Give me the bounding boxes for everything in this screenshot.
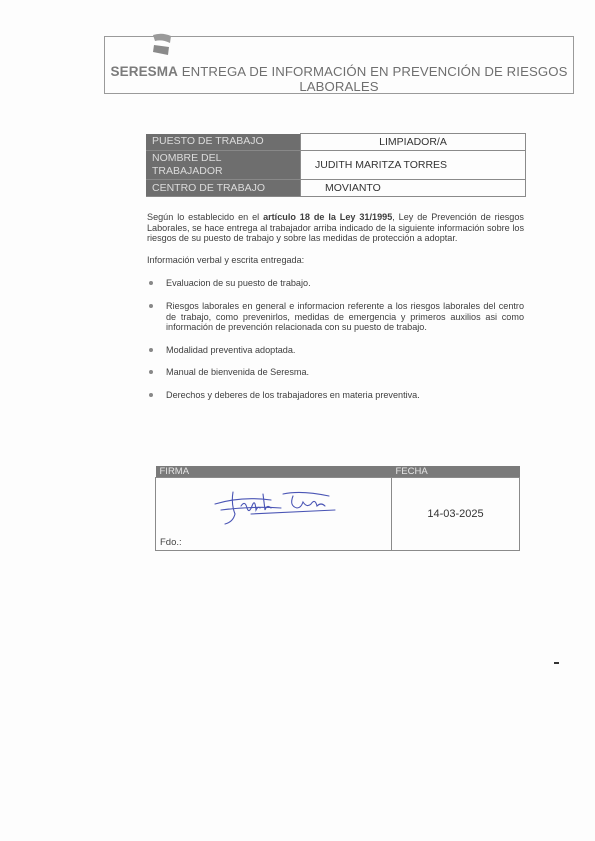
list-item: Riesgos laborales en general e informaci…: [147, 301, 524, 333]
nombre-label: NOMBRE DEL TRABAJADOR: [146, 151, 301, 180]
info-list: Evaluacion de su puesto de trabajo. Ries…: [147, 278, 524, 400]
intro-paragraph: Según lo establecido en el artículo 18 d…: [147, 212, 524, 244]
list-item-text: Riesgos laborales en general e informaci…: [166, 301, 524, 332]
list-item-text: Derechos y deberes de los trabajadores e…: [166, 390, 420, 400]
intro-text: Según lo establecido en el: [147, 212, 263, 222]
nombre-value: JUDITH MARITZA TORRES: [301, 151, 526, 180]
centro-label: CENTRO DE TRABAJO: [146, 180, 301, 197]
puesto-value: LIMPIADOR/A: [301, 134, 526, 151]
table-row: PUESTO DE TRABAJO LIMPIADOR/A: [146, 134, 526, 151]
bullet-icon: [149, 348, 153, 352]
law-reference: artículo 18 de la Ley 31/1995: [263, 212, 392, 222]
table-row: CENTRO DE TRABAJO MOVIANTO: [146, 180, 526, 197]
signature-cell: Fdo.:: [156, 478, 392, 551]
fecha-header: FECHA: [392, 466, 520, 478]
fdo-label: Fdo.:: [160, 537, 182, 548]
list-heading: Información verbal y escrita entregada:: [147, 255, 524, 266]
brand-name: SERESMA: [111, 64, 178, 79]
bullet-icon: [149, 393, 153, 397]
seresma-logo-icon: [149, 33, 175, 57]
worker-info-table: PUESTO DE TRABAJO LIMPIADOR/A NOMBRE DEL…: [146, 133, 526, 197]
list-item-text: Evaluacion de su puesto de trabajo.: [166, 278, 311, 288]
list-item-text: Manual de bienvenida de Seresma.: [166, 367, 309, 377]
list-item: Derechos y deberes de los trabajadores e…: [147, 390, 524, 401]
bullet-icon: [149, 304, 153, 308]
table-row: NOMBRE DEL TRABAJADOR JUDITH MARITZA TOR…: [146, 151, 526, 180]
list-item-text: Modalidad preventiva adoptada.: [166, 345, 295, 355]
puesto-label: PUESTO DE TRABAJO: [146, 134, 301, 151]
scan-mark: [554, 662, 559, 664]
bullet-icon: [149, 281, 153, 285]
bullet-icon: [149, 370, 153, 374]
handwritten-signature: [211, 486, 341, 526]
list-item: Modalidad preventiva adoptada.: [147, 345, 524, 356]
document-header: SERESMA ENTREGA DE INFORMACIÓN EN PREVEN…: [104, 36, 574, 94]
document-title: SERESMA ENTREGA DE INFORMACIÓN EN PREVEN…: [105, 64, 573, 94]
centro-value: MOVIANTO: [301, 180, 526, 197]
firma-header: FIRMA: [156, 466, 392, 478]
document-body: Según lo establecido en el artículo 18 d…: [147, 212, 524, 413]
signature-table: FIRMA FECHA Fdo.: 14-03-2025: [155, 466, 520, 551]
date-value: 14-03-2025: [392, 478, 520, 551]
title-text: ENTREGA DE INFORMACIÓN EN PREVENCIÓN DE …: [182, 64, 568, 94]
list-item: Manual de bienvenida de Seresma.: [147, 367, 524, 378]
list-item: Evaluacion de su puesto de trabajo.: [147, 278, 524, 289]
